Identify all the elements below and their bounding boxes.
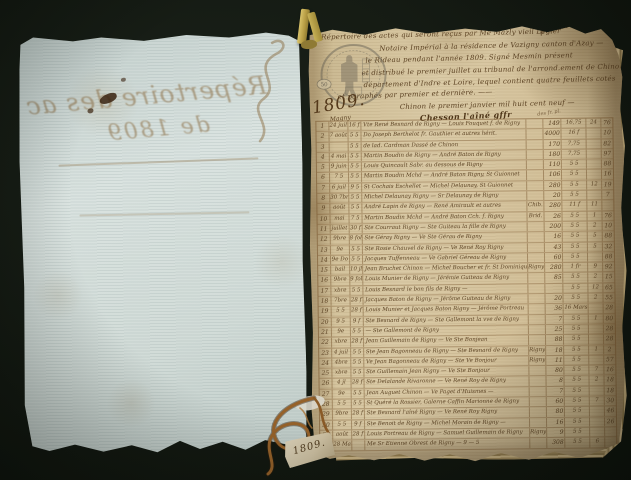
entry-number: 19 <box>319 307 331 316</box>
entry-extra <box>586 149 601 158</box>
entry-extra: 24 <box>586 118 601 127</box>
bleedthrough-flourish <box>228 36 294 153</box>
entry-amount: 20 <box>544 191 562 201</box>
entry-residence <box>527 284 545 294</box>
entry-number: 11 <box>318 225 330 234</box>
entry-folio: 57 <box>603 355 615 364</box>
entry-folio: 10 <box>602 221 614 230</box>
entry-fee: 5 5 <box>563 273 588 283</box>
entry-duty: 5 5 <box>348 193 361 202</box>
entry-amount: 280 <box>544 181 562 191</box>
entry-number: 6 <box>317 173 329 182</box>
entry-folio: 76 <box>600 118 612 127</box>
entry-folio: 15 <box>602 273 614 282</box>
entry-residence <box>525 129 543 139</box>
entry-extra <box>586 160 601 169</box>
entry-folio: 97 <box>601 149 613 158</box>
entry-duty: 5 5 <box>350 348 363 357</box>
entry-extra <box>589 407 604 416</box>
entry-amount: 170 <box>543 139 561 149</box>
entry-folio: 55 <box>603 293 615 302</box>
entry-number: 8 <box>317 194 329 203</box>
entry-fee: 7,75 <box>561 149 586 159</box>
entry-folio: 16 <box>603 365 615 374</box>
entry-number: 18 <box>318 297 330 306</box>
entry-number: 17 <box>318 286 330 295</box>
entry-fee: 5 5 <box>564 417 589 427</box>
entry-folio: 80 <box>603 314 615 323</box>
entry-fee: 5 5 <box>562 191 587 201</box>
entry-residence <box>528 366 546 376</box>
entry-residence: Chib. <box>526 201 544 211</box>
entry-number: 21 <box>319 328 331 337</box>
entry-amount: 11 <box>546 356 564 366</box>
entry-residence <box>525 119 543 129</box>
entry-fee: 5 5 <box>564 355 589 365</box>
entry-date: xbre <box>331 338 350 348</box>
entry-residence: Rigny <box>528 356 546 366</box>
entry-duty: 8 fol <box>349 235 362 244</box>
entry-amount: 43 <box>544 242 562 252</box>
entry-fee: 5 5 <box>562 222 587 232</box>
entry-amount: 60 <box>544 253 562 263</box>
entry-number: 5 <box>317 163 329 172</box>
entry-fee: 11 f <box>562 201 587 211</box>
entry-duty: 5 5 <box>348 204 361 213</box>
entry-duty: 28 f <box>349 296 362 305</box>
entry-number: 1 <box>316 122 328 131</box>
entry-extra: 6 <box>589 438 604 447</box>
entry-duty: 5 5 <box>349 245 362 254</box>
entry-extra: 9 <box>587 263 602 272</box>
entry-extra: 2 <box>587 273 602 282</box>
entry-amount: 4000 <box>543 129 561 139</box>
binding-twine-icon <box>248 388 378 480</box>
entry-date: 9bre <box>330 235 349 245</box>
entry-amount: 7 <box>546 387 564 397</box>
entry-residence <box>527 274 545 284</box>
entry-fee: 5 5 <box>562 232 587 242</box>
entry-extra <box>589 386 604 395</box>
entry-residence <box>525 160 543 170</box>
entry-duty: 7 5 <box>348 214 361 223</box>
entry-fee: 5 5 <box>563 324 588 334</box>
entry-folio: 7 <box>601 190 613 199</box>
entry-extra: 11 <box>587 201 602 210</box>
header-line-3: le Rideau pendant l'année 1809. Signé Me… <box>365 51 573 64</box>
stamp-value: 50 <box>321 82 329 88</box>
entry-fee: 5 5 <box>565 438 590 448</box>
entry-amount: 60 <box>546 397 564 407</box>
entry-date: 9 juin <box>329 163 348 173</box>
entry-number: 14 <box>318 256 330 265</box>
entry-fee: 5 5 <box>563 294 588 304</box>
entry-date: 9 5 <box>331 317 350 327</box>
entry-duty: 9 f <box>350 317 363 326</box>
entry-extra <box>588 355 603 364</box>
entry-residence <box>528 335 546 345</box>
entry-duty: 28 f <box>350 338 363 347</box>
entry-duty: 5 5 <box>348 173 361 182</box>
entry-amount: 25 <box>545 325 563 335</box>
entry-date: 4bre <box>331 358 350 368</box>
entry-amount: 20 <box>545 294 563 304</box>
entry-fee: 5 5 <box>564 376 589 386</box>
entry-residence <box>526 222 544 232</box>
entry-number: 25 <box>319 369 331 378</box>
entry-extra <box>588 335 603 344</box>
entry-amount: 16 <box>546 417 564 427</box>
entry-folio: 28 <box>603 304 615 313</box>
entry-date: 9e <box>331 327 350 337</box>
ink-blot <box>121 78 126 82</box>
binding-ribbon-icon <box>307 11 323 42</box>
entry-fee: 5 5 <box>564 366 589 376</box>
entry-duty: 5 5 <box>348 152 361 161</box>
entry-residence <box>529 438 547 448</box>
entry-number: 24 <box>319 358 331 367</box>
entry-fee: 5 5 <box>564 386 589 396</box>
entry-residence <box>526 243 544 253</box>
entry-amount: 80 <box>546 407 564 417</box>
entry-extra <box>589 427 604 436</box>
entry-extra: 2 <box>587 221 602 230</box>
entry-duty: 5 5 <box>349 286 362 295</box>
entry-fee: 5 5 <box>564 397 589 407</box>
entry-residence: Rigny <box>528 346 546 356</box>
entry-fee: 16 Mars <box>563 304 588 314</box>
entry-duty: 5 5 <box>350 327 363 336</box>
entry-duty: 9 fol <box>349 276 362 285</box>
entry-residence <box>527 253 545 263</box>
entry-parties: Me Sr Etienne Obrest de Rigny — 9 — 5 <box>364 438 529 449</box>
entry-number: 10 <box>317 214 329 223</box>
entry-fee: 5 5 <box>564 427 589 437</box>
entry-amount: 7 <box>545 314 563 324</box>
entry-date: xbre <box>330 286 349 296</box>
entry-date: 9bre <box>330 276 349 286</box>
entry-amount: 280 <box>544 201 562 211</box>
entry-amount: 18 <box>546 345 564 355</box>
entry-amount: 200 <box>544 222 562 232</box>
entry-folio: 2 <box>603 345 615 354</box>
entry-date: xbre <box>331 369 350 379</box>
entry-date: 24 juil <box>328 121 347 131</box>
entry-amount: 106 <box>543 170 561 180</box>
entry-amount: 80 <box>546 366 564 376</box>
header-line-1: Répertoire des actes qui seront reçus pa… <box>321 27 561 41</box>
entry-date: 4 mai <box>329 152 348 162</box>
entry-extra: 1 <box>587 211 602 220</box>
header-line-5: département d'Indre et Loire, lequel con… <box>364 74 616 89</box>
entry-number: 15 <box>318 266 330 275</box>
entry-number: 16 <box>318 276 330 285</box>
entry-extra <box>586 139 601 148</box>
entry-extra: 5 <box>587 242 602 251</box>
entry-date: 5 5 <box>331 307 350 317</box>
entry-residence: Brid. <box>526 212 544 222</box>
entry-date: 7 5 <box>329 173 348 183</box>
entry-amount: 308 <box>547 438 565 448</box>
entry-duty: 5 5 <box>350 358 363 367</box>
entry-fee: 5 5 <box>563 314 588 324</box>
entry-residence: Rigny <box>529 428 547 438</box>
entry-residence <box>528 397 546 407</box>
entry-extra: 5 <box>587 232 602 241</box>
tag-label: 1809. <box>292 437 327 457</box>
entry-date: juillet <box>330 224 349 234</box>
entry-amount: 16 <box>544 232 562 242</box>
entry-extra <box>588 304 603 313</box>
entry-extra: 7 <box>589 396 604 405</box>
entry-duty: 10 jl <box>349 265 362 274</box>
entry-amount: 180 <box>543 150 561 160</box>
entry-date: bail <box>330 266 349 276</box>
entry-amount: 280 <box>545 263 563 273</box>
entry-residence <box>526 181 544 191</box>
entry-folio: 19 <box>601 180 613 189</box>
entry-extra <box>586 170 601 179</box>
entry-folio <box>601 201 613 210</box>
entry-fee: 5 5 <box>563 283 588 293</box>
entry-extra: 12 <box>586 180 601 189</box>
entry-number: 2 <box>316 132 328 141</box>
entry-folio: 18 <box>604 376 616 385</box>
entry-residence <box>528 387 546 397</box>
entry-folio: 28 <box>603 334 615 343</box>
entry-number: 23 <box>319 348 331 357</box>
entry-residence <box>525 140 543 150</box>
entry-fee: 5 5 <box>563 335 588 345</box>
entry-date: 4 juil <box>331 348 350 358</box>
entry-residence <box>528 407 546 417</box>
entry-amount: 110 <box>543 160 561 170</box>
bleedthrough-rule <box>58 157 258 166</box>
entry-folio: 65 <box>602 283 614 292</box>
entry-date: 30 7bre <box>329 194 348 204</box>
entry-extra <box>589 417 604 426</box>
entry-date: 7bre <box>330 296 349 306</box>
entry-amount: 36 <box>545 304 563 314</box>
entry-duty: 30 f <box>348 224 361 233</box>
entry-date: 9e <box>330 245 349 255</box>
entry-number: 20 <box>319 317 331 326</box>
entry-number: 13 <box>318 245 330 254</box>
entry-folio: 26 <box>604 417 616 426</box>
entry-number: 12 <box>318 235 330 244</box>
entry-extra: 2 <box>589 376 604 385</box>
scanned-document-photo: Répertoire des ac de 1809 premier Répert… <box>0 0 631 480</box>
entry-fee: 5 5 <box>564 407 589 417</box>
entry-folio: 32 <box>602 242 614 251</box>
entry-amount: 9 <box>547 428 565 438</box>
entry-number: 9 <box>317 204 329 213</box>
entry-residence <box>528 376 546 386</box>
entry-number: 7 <box>317 183 329 192</box>
entry-residence: Rigny <box>527 263 545 273</box>
entry-duty: 16 f <box>347 121 360 130</box>
entry-extra: 7 <box>589 365 604 374</box>
entry-duty: 5 5 <box>347 142 360 151</box>
entry-residence <box>526 232 544 242</box>
entry-folio <box>604 427 616 436</box>
entry-residence <box>526 191 544 201</box>
entry-fee: 7,75 <box>561 139 586 149</box>
entry-amount: 26 <box>544 212 562 222</box>
entry-folio: 82 <box>601 139 613 148</box>
entry-duty: 5 5 <box>350 368 363 377</box>
entry-residence <box>527 294 545 304</box>
entry-folio: 88 <box>602 231 614 240</box>
entry-residence <box>527 325 545 335</box>
entry-fee: 5 5 <box>562 211 587 221</box>
entry-fee: 5 5 <box>562 252 587 262</box>
entry-folio: 10 <box>601 129 613 138</box>
entry-fee: 5 5 <box>562 242 587 252</box>
entry-amount: 8 <box>546 376 564 386</box>
entry-fee: 5 5 <box>561 170 586 180</box>
entry-residence <box>527 304 545 314</box>
column-note: des fr. pl. <box>537 108 561 117</box>
bleedthrough-text-line2: de 1809 <box>105 112 211 146</box>
entry-folio: 30 <box>604 396 616 405</box>
entry-amount <box>545 284 563 294</box>
entry-number: 22 <box>319 338 331 347</box>
entry-fee: 5 5 <box>561 180 586 190</box>
entry-residence <box>526 171 544 181</box>
entry-date: août <box>329 204 348 214</box>
bleedthrough-rule-2 <box>79 211 249 216</box>
entry-folio: 16 <box>601 170 613 179</box>
entry-folio: 46 <box>604 407 616 416</box>
entry-extra: 1 <box>588 314 603 323</box>
entry-residence <box>525 150 543 160</box>
entry-date: mai <box>329 214 348 224</box>
entry-extra <box>587 252 602 261</box>
entry-duty: 28 f <box>349 307 362 316</box>
entry-fee: 5 5 <box>563 345 588 355</box>
entry-amount: 149 <box>543 119 561 129</box>
entry-residence <box>527 315 545 325</box>
entry-fee: 5 5 <box>561 160 586 170</box>
entry-amount: 88 <box>545 335 563 345</box>
entry-duty: 5 5 <box>347 132 360 141</box>
entry-residence <box>529 418 547 428</box>
entry-amount: 85 <box>545 273 563 283</box>
entry-folio: 92 <box>602 262 614 271</box>
entry-folio: 88 <box>602 252 614 261</box>
entry-number: 3 <box>317 142 329 151</box>
entry-duty: 5 5 <box>348 162 361 171</box>
entry-duty: 28 f <box>350 379 363 388</box>
entry-date: 6 juil <box>329 183 348 193</box>
entry-date: 9e Do <box>330 255 349 265</box>
entry-date: 4 jl <box>331 379 350 389</box>
entry-duty: 9 5 <box>348 183 361 192</box>
entry-duty: 5 5 <box>349 255 362 264</box>
entry-extra <box>586 190 601 199</box>
entry-extra: 1 <box>588 345 603 354</box>
entry-fee: 16,75 <box>561 119 586 129</box>
entry-number: 4 <box>317 153 329 162</box>
entry-fee: 16 f <box>561 129 586 139</box>
entry-extra: 2 <box>588 293 603 302</box>
entry-date: 7 août <box>328 132 347 142</box>
entry-folio: 18 <box>604 386 616 395</box>
entry-extra: 12 <box>588 283 603 292</box>
entry-folio: 76 <box>602 211 614 220</box>
entry-folio: 28 <box>603 324 615 333</box>
entry-folio: 88 <box>601 159 613 168</box>
entry-fee: 1 fr <box>562 263 587 273</box>
entry-extra <box>586 129 601 138</box>
entry-date <box>329 142 348 152</box>
entry-extra <box>588 324 603 333</box>
